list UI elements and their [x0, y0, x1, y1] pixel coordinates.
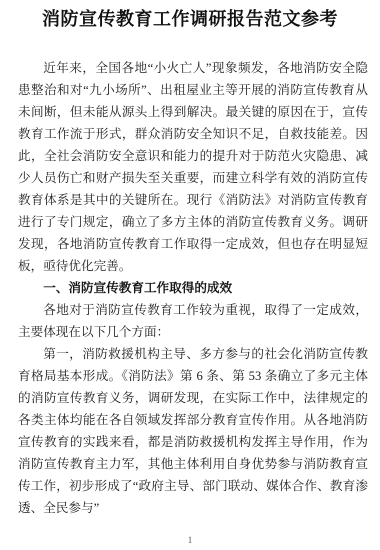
paragraph-intro: 近年来，全国各地“小火亡人”现象频发，各地消防安全隐患整治和对“九小场所”、出租…	[18, 57, 368, 277]
paragraph-overview: 各地对于消防宣传教育工作较为重视，取得了一定成效，主要体现在以下几个方面：	[18, 299, 368, 343]
page-number: 1	[0, 535, 380, 545]
document-body: 近年来，全国各地“小火亡人”现象频发，各地消防安全隐患整治和对“九小场所”、出租…	[0, 31, 380, 519]
paragraph-first-point: 第一，消防救援机构主导、多方参与的社会化消防宣传教育格局基本形成。《消防法》第 …	[18, 343, 368, 519]
section-heading: 一、消防宣传教育工作取得的成效	[18, 277, 368, 299]
document-page: 消防宣传教育工作调研报告范文参考 近年来，全国各地“小火亡人”现象频发，各地消防…	[0, 0, 380, 550]
document-title: 消防宣传教育工作调研报告范文参考	[0, 0, 380, 31]
